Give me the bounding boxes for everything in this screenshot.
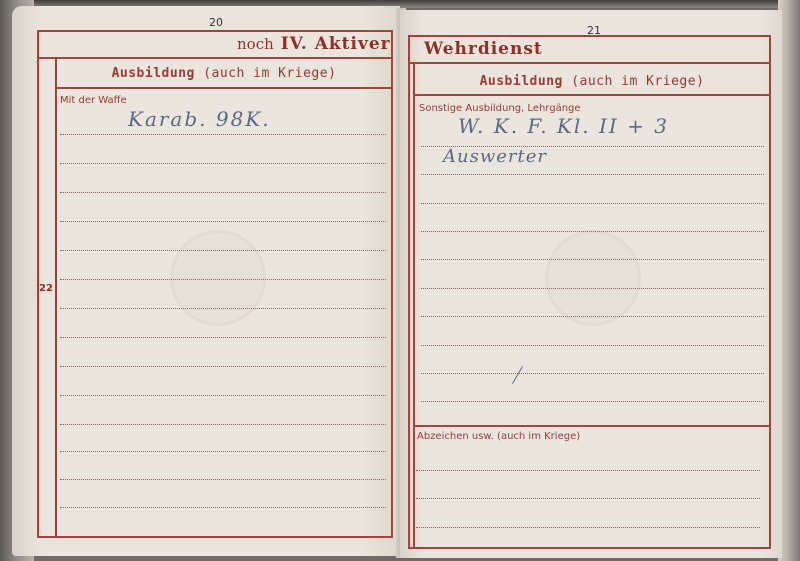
handwritten-course-entry: W. K. F. Kl. II + 3 <box>458 114 669 138</box>
left-header-divider <box>37 57 393 59</box>
handwritten-weapon-entry: Karab. 98K. <box>128 107 271 131</box>
entry-line[interactable] <box>60 395 386 396</box>
page-number-left: 20 <box>209 16 223 29</box>
left-margin-column-line <box>55 57 57 538</box>
entry-line[interactable] <box>421 259 764 260</box>
field-label-sonstige-ausbildung: Sonstige Ausbildung, Lehrgänge <box>419 103 581 114</box>
entry-line[interactable] <box>421 231 764 232</box>
entry-line[interactable] <box>416 498 760 499</box>
entry-line[interactable] <box>60 279 386 280</box>
entry-line[interactable] <box>421 146 764 147</box>
entry-line[interactable] <box>60 308 386 309</box>
entry-line[interactable] <box>60 163 386 164</box>
entry-line[interactable] <box>421 288 764 289</box>
entry-line[interactable] <box>421 203 764 204</box>
entry-line[interactable] <box>421 401 764 402</box>
entry-line[interactable] <box>421 174 764 175</box>
entry-line[interactable] <box>60 221 386 222</box>
entry-line[interactable] <box>60 479 386 480</box>
right-section-divider <box>413 425 771 427</box>
row-number: 22 <box>39 283 53 294</box>
entry-line[interactable] <box>416 527 760 528</box>
entry-line[interactable] <box>60 337 386 338</box>
right-header-divider <box>408 62 771 64</box>
field-label-abzeichen: Abzeichen usw. (auch im Kriege) <box>417 431 580 442</box>
left-subheader-divider <box>55 87 393 89</box>
entry-line[interactable] <box>421 316 764 317</box>
entry-line[interactable] <box>60 451 386 452</box>
entry-line[interactable] <box>60 250 386 251</box>
entry-line[interactable] <box>60 507 386 508</box>
right-section-title: Ausbildung (auch im Kriege) <box>415 74 769 89</box>
entry-line[interactable] <box>60 192 386 193</box>
entry-line[interactable] <box>421 373 764 374</box>
left-section-title: Ausbildung (auch im Kriege) <box>57 66 391 81</box>
right-subheader-divider <box>413 94 771 96</box>
entry-line[interactable] <box>60 134 386 135</box>
field-label-mit-der-waffe: Mit der Waffe <box>60 95 127 106</box>
handwritten-role-entry: Auswerter <box>443 146 547 167</box>
right-inner-left-line <box>413 62 415 549</box>
entry-line[interactable] <box>60 366 386 367</box>
entry-line[interactable] <box>416 470 760 471</box>
entry-line[interactable] <box>421 345 764 346</box>
entry-line[interactable] <box>60 424 386 425</box>
left-header-title: noch IV. Aktiver <box>237 34 391 54</box>
right-header-title: Wehrdienst <box>424 39 543 59</box>
